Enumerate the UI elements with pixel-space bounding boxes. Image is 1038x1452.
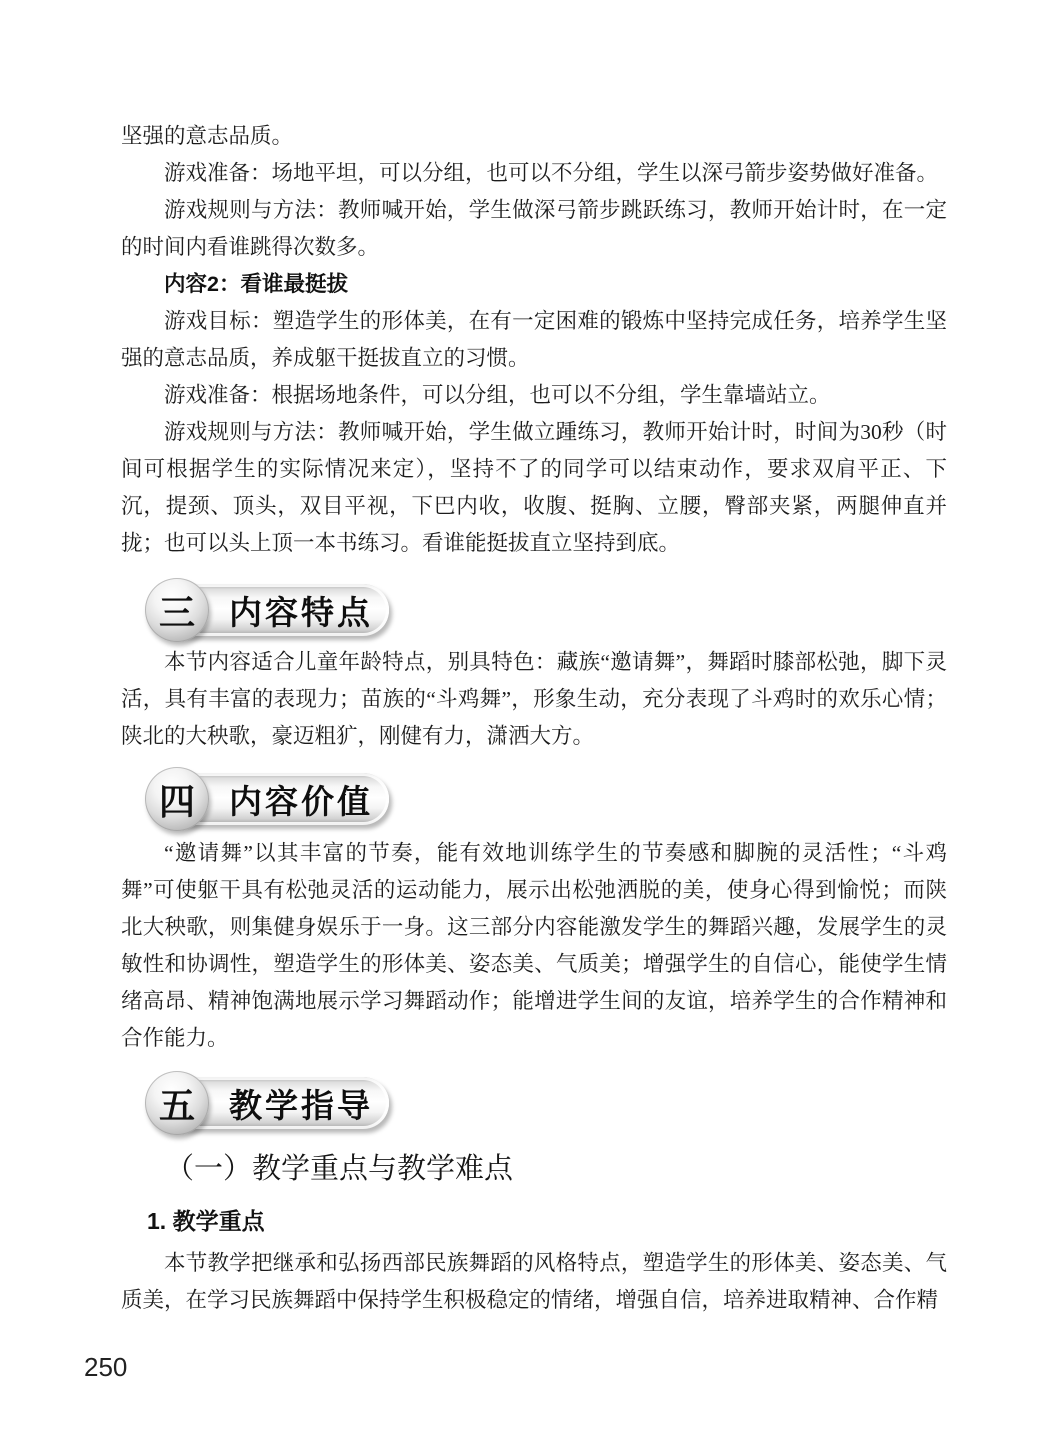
section-title-value: 内容价值 xyxy=(229,776,373,823)
paragraph-game1-rules: 游戏规则与方法：教师喊开始，学生做深弓箭步跳跃练习，教师开始计时，在一定的时间内… xyxy=(121,192,947,266)
page-content: 坚强的意志品质。 游戏准备：场地平坦，可以分组，也可以不分组，学生以深弓箭步姿势… xyxy=(121,0,947,1319)
section-heading-guidance: 教学指导 五 xyxy=(121,1071,947,1135)
paragraph-game1-continuation: 坚强的意志品质。 xyxy=(121,118,947,155)
section-number-badge-value: 四 xyxy=(145,767,209,831)
paragraph-value-body: “邀请舞”以其丰富的节奏，能有效地训练学生的节奏感和脚腕的灵活性；“斗鸡舞”可使… xyxy=(121,835,947,1057)
paragraph-game1-prepare: 游戏准备：场地平坦，可以分组，也可以不分组，学生以深弓箭步姿势做好准备。 xyxy=(121,155,947,192)
section-title-features: 内容特点 xyxy=(229,587,373,634)
section-heading-value: 内容价值 四 xyxy=(121,767,947,831)
section-title-guidance: 教学指导 xyxy=(229,1080,373,1127)
paragraph-game2-prepare: 游戏准备：根据场地条件，可以分组，也可以不分组，学生靠墙站立。 xyxy=(121,377,947,414)
point-heading-teaching-focus: 1. 教学重点 xyxy=(147,1205,947,1237)
game2-title: 内容2：看谁最挺拔 xyxy=(121,266,947,303)
paragraph-guidance-body: 本节教学把继承和弘扬西部民族舞蹈的风格特点，塑造学生的形体美、姿态美、气质美，在… xyxy=(121,1245,947,1319)
section-number-badge-features: 三 xyxy=(145,578,209,642)
document-page: 坚强的意志品质。 游戏准备：场地平坦，可以分组，也可以不分组，学生以深弓箭步姿势… xyxy=(0,0,1038,1452)
section-heading-features: 内容特点 三 xyxy=(121,578,947,642)
section-number-badge-guidance: 五 xyxy=(145,1071,209,1135)
paragraph-game2-goal: 游戏目标：塑造学生的形体美，在有一定困难的锻炼中坚持完成任务，培养学生坚强的意志… xyxy=(121,303,947,377)
paragraph-game2-rules: 游戏规则与方法：教师喊开始，学生做立踵练习，教师开始计时，时间为30秒（时间可根… xyxy=(121,414,947,562)
paragraph-features-body: 本节内容适合儿童年龄特点，别具特色：藏族“邀请舞”，舞蹈时膝部松弛，脚下灵活，具… xyxy=(121,644,947,755)
subsection-heading-key-points: （一）教学重点与教学难点 xyxy=(165,1149,947,1189)
page-number: 250 xyxy=(84,1352,127,1383)
